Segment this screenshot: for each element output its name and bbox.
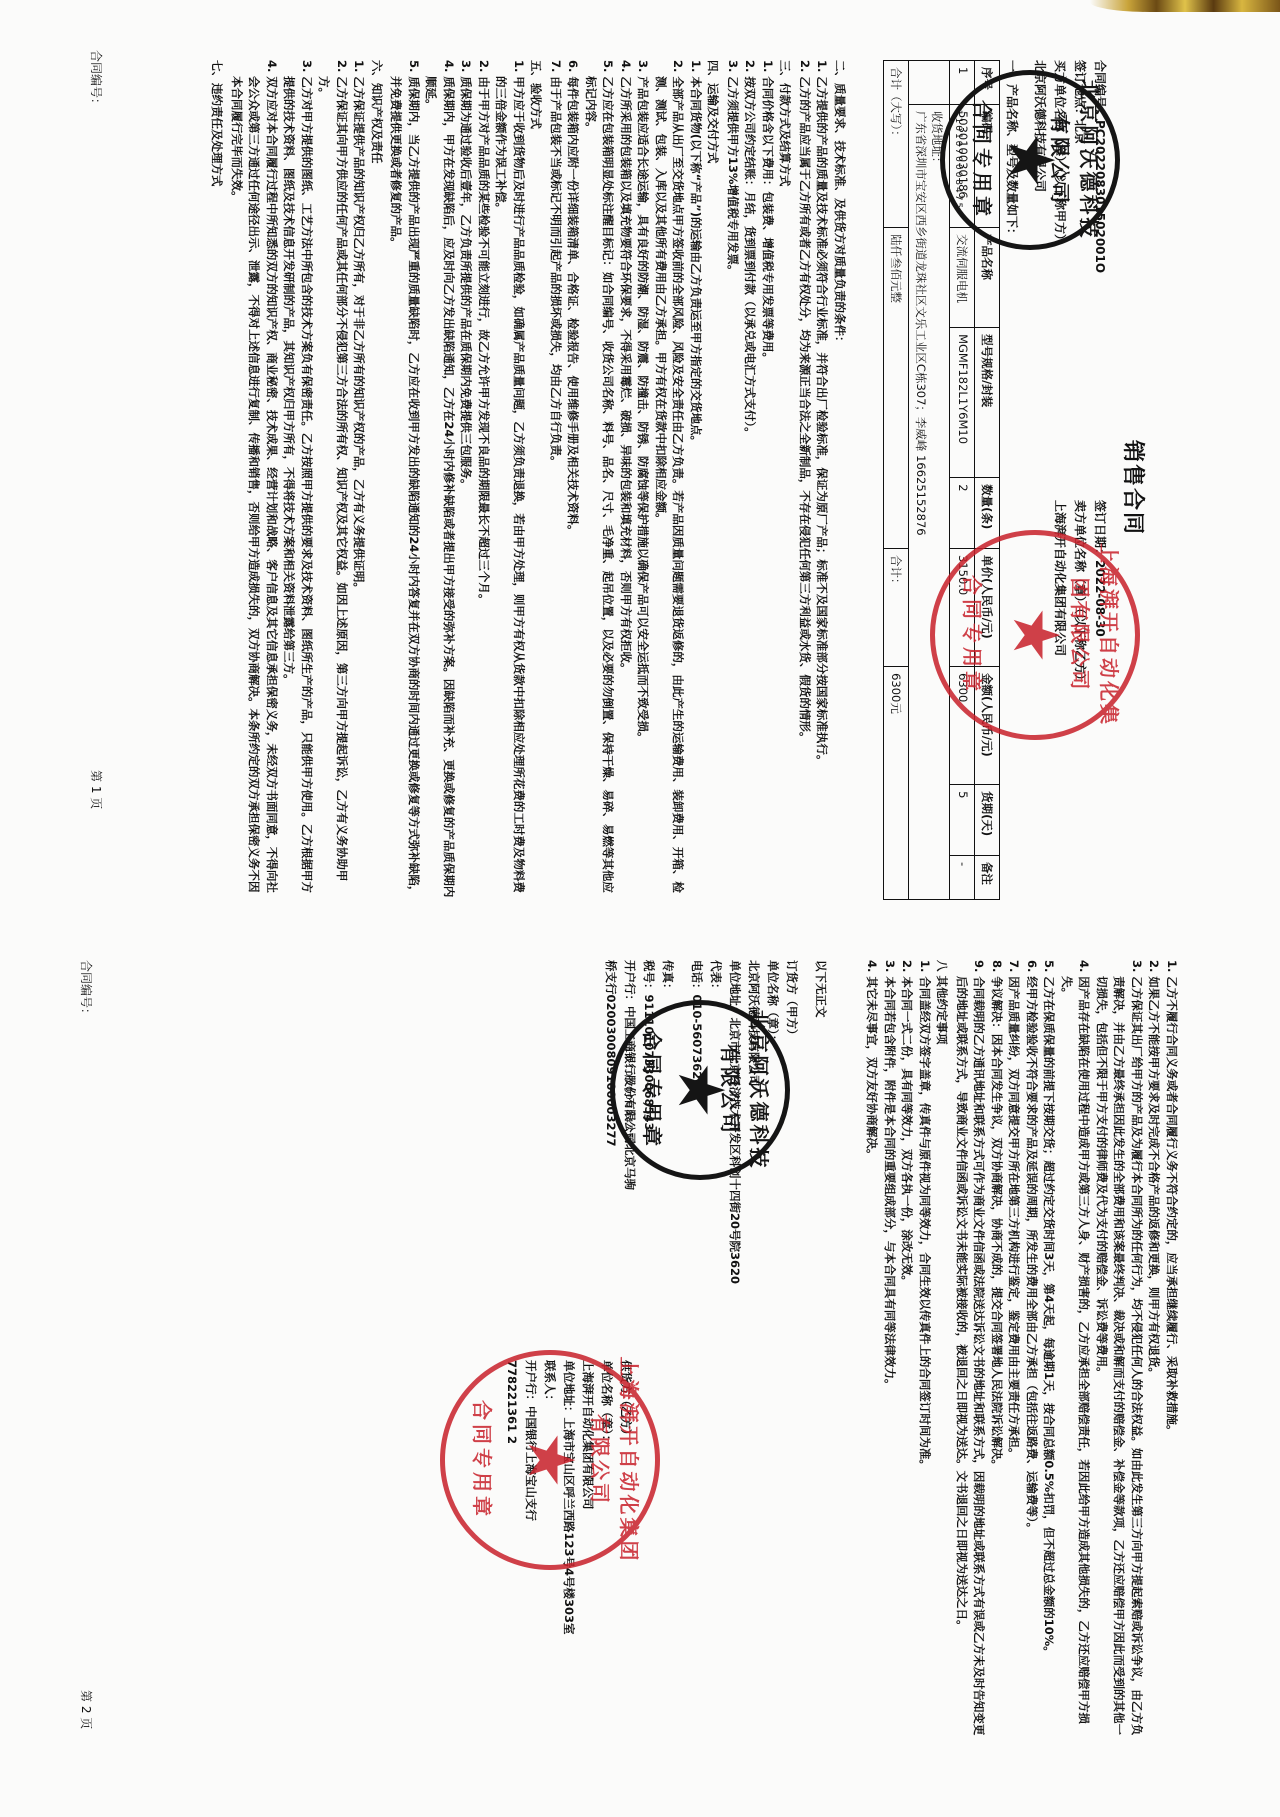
column-header: 货期(天) xyxy=(975,785,1000,856)
clause-item: 2. 由于甲方对产品品质的某些检验不可能立刻进行，故乙方允许甲方发现不良品的期限… xyxy=(475,60,493,900)
total-in-words: 陆仟叁佰元整 xyxy=(884,228,909,549)
products-table: 序号编码产品名称型号规格/封装数量(条)单价(人民币/元)金额(人民币/元)货期… xyxy=(883,60,1000,900)
footer-page-number: 第 2 页 xyxy=(78,1690,95,1729)
clause-item: 7. 由于产品包装不当或标记不明而引起产品的损坏或损失，均由乙方自行负责。 xyxy=(547,60,565,900)
clause-item: 3. 本合同若包含附件，附件是本合同的重要组成部分，与本合同具有同等法律效力。 xyxy=(881,960,899,1740)
clause-item: 5. 质保期内，当乙方提供的产品出现严重的质量缺陷时，乙方应在收到甲方发出的缺陷… xyxy=(387,60,422,900)
total-amount: 6300元 xyxy=(884,667,909,900)
table-cell: - xyxy=(950,855,975,899)
delivery-address: 广东省深圳市宝安区西乡街道龙珠社区文乐工业区C栋307；李威峰 16625152… xyxy=(913,111,929,893)
clause-heading: 八 其他约定事项 xyxy=(933,960,951,1740)
table-cell: 6300 xyxy=(950,667,975,785)
sign-place: 北京 xyxy=(1073,120,1087,144)
column-header: 产品名称 xyxy=(975,228,1000,328)
clause-item: 1. 乙方提供的产品的质量及技术标准必须符合行业标准，并符合出厂检验标准，保证为… xyxy=(813,60,831,900)
contract-clauses-page-2: 1. 乙方不履行合同义务或者合同履行义务不符合约定的，应当承担继续履行、采取补救… xyxy=(863,960,1180,1740)
section-1-heading: 一、产品名称、型号及数量如下： xyxy=(1002,60,1022,240)
buyer-label: 买方单位名称（章）（以下称甲方） xyxy=(1050,60,1070,273)
clause-item: 1. 本合同货物(以下称“产品”)的运输由乙方负责运至甲方指定的交货地点。 xyxy=(687,60,705,900)
clause-item: 1. 合同价格含以下费用：包装费、增值税专用发票等费用。 xyxy=(759,60,777,900)
clause-item: 9. 合同载明的乙方通讯地址和联系方式可作为商业文件信函或法院送达诉讼文书的地址… xyxy=(953,960,988,1740)
table-cell: 2 xyxy=(950,478,975,549)
clause-heading: 七、违约责任及处理方式 xyxy=(208,60,226,900)
clause-heading: 三、付款方式及结算方式 xyxy=(776,60,794,900)
table-cell: 503010030186 xyxy=(950,104,975,227)
clause-item: 3. 乙方对甲方提供的图纸、工艺方法中所包含的技术方案负有保密责任。乙方按照甲方… xyxy=(280,60,315,900)
buyer-signature-block: 以下无正文 订货方（甲方） 单位名称（章）： 北京阿沃德科技有限公司 单位地址：… xyxy=(601,960,830,1284)
table-cell: 交流伺服电机 xyxy=(950,228,975,328)
clause-item: 5. 乙方在保质保量的前提下按期交货；超过约定交货时间3天，第4天起，每逾期1天… xyxy=(1040,960,1058,1740)
table-cell: 1 xyxy=(950,61,975,105)
contract-number: PC202208301502001O xyxy=(1093,120,1107,273)
column-header: 备注 xyxy=(975,855,1000,899)
clause-item: 7. 因产品质量纠纷，双方同意提交甲方所在地第三方机构进行鉴定，鉴定费用由主要责… xyxy=(1005,960,1023,1740)
buyer-name: 北京阿沃德科技有限公司 xyxy=(1030,60,1050,273)
clause-item: 3. 质保期为通过验收后壹年，乙方负责所提供的产品在质保期内免费提供三包服务。 xyxy=(457,60,475,900)
footer-contract-no: 合同编号： xyxy=(78,960,95,1020)
seller-label: 卖方单位名称（章）（以下称乙方） xyxy=(1070,500,1090,686)
clause-item: 3. 产品包装应适合长途运输，具有良好的防潮、防湿、防震、防撞击、防锈、防腐蚀等… xyxy=(634,60,652,900)
footer-contract-no: 合同编号： xyxy=(88,50,105,110)
clause-item: 4. 质保期内，甲方在发现缺陷后，应及时向乙方发出缺陷通知，乙方在24小时内修补… xyxy=(422,60,457,900)
table-header-row: 序号编码产品名称型号规格/封装数量(条)单价(人民币/元)金额(人民币/元)货期… xyxy=(975,61,1000,900)
column-header: 数量(条) xyxy=(975,478,1000,549)
buyer-address: 北京市北京经济技术开发区科创十四街20号院3620 xyxy=(728,1018,742,1285)
contract-meta-left: 合同编号：PC202208301502001O 签订地点：北京 买方单位名称（章… xyxy=(1030,60,1110,273)
clause-item: 2. 本合同一式二份，具有同等效力，双方各执一份，涂改无效。 xyxy=(898,960,916,1740)
clause-item: 4. 其它未尽事宜，双方友好协商解决。 xyxy=(863,960,881,1740)
clause-item: 6. 每件包装箱内应附一份详细装箱清单、合格证、检验报告、使用维修手册及相关技术… xyxy=(564,60,582,900)
document-title: 销售合同 xyxy=(1119,440,1150,536)
column-header: 金额(人民币/元) xyxy=(975,667,1000,785)
sign-date: 2022-08-30 xyxy=(1093,560,1107,637)
clause-item: 1. 乙方不履行合同义务或者合同履行义务不符合约定的，应当承担继续履行、采取补救… xyxy=(1163,960,1181,1740)
clause-item: 8. 争议解决：因本合同发生争议，双方协商解决，协商不成的，提交合同签署地人民法… xyxy=(988,960,1006,1740)
seller-company: 上海湃开自动化集团有限公司 xyxy=(578,1360,597,1635)
clause-item: 2. 如果乙方不能按甲方要求及时完成不合格产品的返修和更换，则甲方有权退货。 xyxy=(1145,960,1163,1740)
clause-item: 6. 经甲方检验验收不符合要求的产品及延误的周期，所发生的费用全部由乙方承担（包… xyxy=(1023,960,1041,1740)
clause-item: 3. 乙方保证其出厂给甲方的产品及为履行本合同所为的任何行为，均不侵犯任何人的合… xyxy=(1093,960,1146,1740)
clause-heading: 四、运输及交付方式 xyxy=(704,60,722,900)
buyer-phone: 010-56073620 xyxy=(690,995,704,1088)
seller-name: 上海湃开自动化集团有限公司 xyxy=(1050,500,1070,686)
clause-item: 2. 按双方公司约定结账：月结，货到票到付款（以承兑或电汇方式支付）。 xyxy=(741,60,759,900)
seller-address: 上海市宝山区呼兰西路123号4号楼303室 xyxy=(562,1418,576,1635)
clause-item: 4. 因产品存在缺陷在使用过程中造成甲方或第三方人身、财产损害的，乙方应承担全部… xyxy=(1058,960,1093,1740)
buyer-company: 北京阿沃德科技有限公司 xyxy=(744,960,763,1284)
clause-item: 1. 合同盖经双方签字盖章，传真件与原件视为同等效力，合同生效以传真件上的合同签… xyxy=(916,960,934,1740)
table-cell: 3150.0 xyxy=(950,549,975,667)
clause-item: 4. 乙方所采用的包装箱以及填充物要符合环保要求，不得采用霉烂、破损、异味的包装… xyxy=(617,60,635,900)
clause-heading: 二、质量要求、技术标准、及供货方对质量负责的条件： xyxy=(831,60,849,900)
total-row: 合计（大写）： 陆仟叁佰元整 合计： 6300元 xyxy=(884,61,909,900)
table-cell: 5 xyxy=(950,785,975,856)
clause-item: 2. 乙方保证其向甲方供应的任何产品或其任何部分不侵犯第三方合法的所有权、知识产… xyxy=(315,60,350,900)
clause-item: 2. 乙方的产品应当属于乙方所有或者乙方有权处分，均为来源正当合法之全新制品，不… xyxy=(796,60,814,900)
address-row: 收货地址： 广东省深圳市宝安区西乡街道龙珠社区文乐工业区C栋307；李威峰 16… xyxy=(909,61,950,900)
background-wood-edge xyxy=(1090,0,1280,12)
clause-item: 1. 乙方保证提供产品的知识产权归乙方所有，对于非乙方所有的知识产权的产品，乙方… xyxy=(350,60,368,900)
column-header: 序号 xyxy=(975,61,1000,105)
clause-heading: 六、知识产权及责任 xyxy=(368,60,386,900)
buyer-tax-number: 91110107330068543 xyxy=(642,995,656,1131)
table-row: 1503010030186交流伺服电机MGMF182L1Y6M1023150.0… xyxy=(950,61,975,900)
table-cell: MGMF182L1Y6M10 xyxy=(950,328,975,478)
contract-clauses-page-1: 二、质量要求、技术标准、及供货方对质量负责的条件：1. 乙方提供的产品的质量及技… xyxy=(208,60,850,900)
clause-heading: 五、验收方式 xyxy=(527,60,545,900)
seller-bank: 中国银行上海宝山支行 xyxy=(524,1406,538,1521)
column-header: 单价(人民币/元) xyxy=(975,549,1000,667)
clause-item: 5. 乙方应在包装箱明显处标注醒目标记：如合同编号、收货公司名称、料号、品名、尺… xyxy=(582,60,617,900)
column-header: 编码 xyxy=(975,104,1000,227)
footer-page-number: 第 1 页 xyxy=(88,770,105,809)
clause-item: 3. 乙方须提供甲方13%增值税专用发票。 xyxy=(724,60,742,900)
seller-account: 778221361 2 xyxy=(502,1360,521,1635)
clause-item: 4. 双方应对本合同履行过程中所知悉的双方的知识产权、商业秘密、技术成果、经营计… xyxy=(228,60,281,900)
seller-signature-block: 供货方（乙方） 单位名称（章）： 上海湃开自动化集团有限公司 单位地址：上海市宝… xyxy=(502,1360,635,1635)
column-header: 型号规格/封装 xyxy=(975,328,1000,478)
clause-item: 2. 全部产品从出厂至交货地点甲方签收前的全部风险、风险及安全责任由乙方负责。若… xyxy=(652,60,687,900)
contract-meta-right: 签订日期：2022-08-30 卖方单位名称（章）（以下称乙方） 上海湃开自动化… xyxy=(1050,500,1110,686)
clause-item: 1. 甲方应于收到货物后及时进行产品品质检验，如确属产品质量问题，乙方须负责退换… xyxy=(492,60,527,900)
